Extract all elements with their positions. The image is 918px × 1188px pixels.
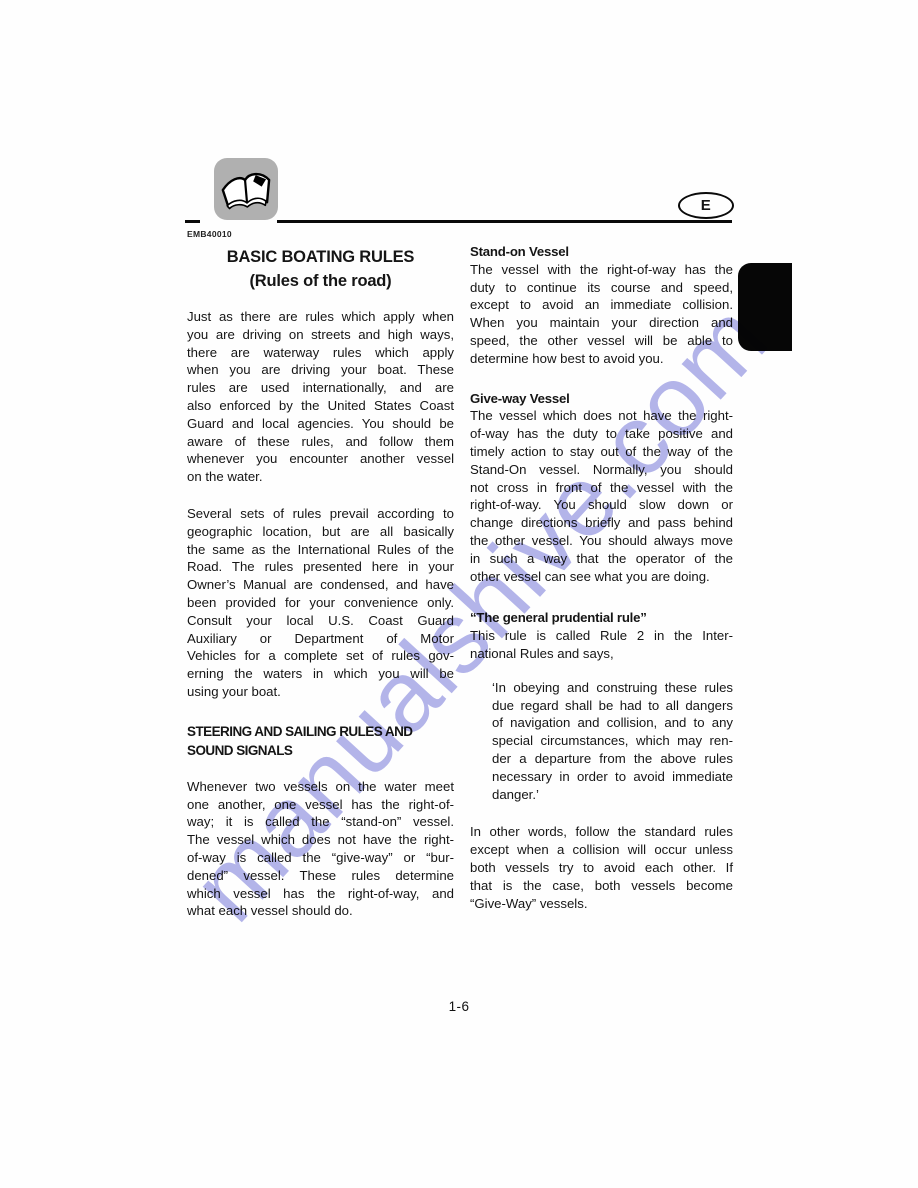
left-column: BASIC BOATING RULES (Rules of the road) … (187, 245, 454, 920)
manual-page: E EMB40010 BASIC BOATING RULES (Rules of… (0, 0, 918, 1188)
language-badge: E (678, 192, 734, 219)
rules-origin-paragraph: Several sets of rules prevail according … (187, 505, 454, 701)
rule-quote-paragraph: ‘In obeying and construing these rulesdu… (492, 679, 733, 804)
give-way-paragraph: The vessel which does not have the right… (470, 407, 733, 585)
language-badge-letter: E (701, 197, 712, 214)
right-of-way-paragraph: Whenever two vessels on the water meeton… (187, 778, 454, 920)
closing-paragraph: In other words, follow the standard rule… (470, 823, 733, 912)
give-way-heading: Give-way Vessel (470, 390, 733, 408)
page-number: 1-6 (0, 999, 918, 1014)
intro-paragraph: Just as there are rules which apply when… (187, 308, 454, 486)
page-subtitle: (Rules of the road) (187, 269, 454, 293)
stand-on-paragraph: The vessel with the right-of-way has the… (470, 261, 733, 368)
right-column: Stand-on Vessel The vessel with the righ… (470, 243, 733, 912)
stand-on-heading: Stand-on Vessel (470, 243, 733, 261)
prudential-rule-heading: “The general prudential rule” (470, 609, 733, 627)
header-rule-left (185, 220, 200, 223)
steering-sailing-heading: STEERING AND SAILING RULES ANDSOUND SIGN… (187, 722, 454, 761)
page-title: BASIC BOATING RULES (187, 245, 454, 269)
header-rule-main (277, 220, 732, 223)
chapter-index-tab (738, 263, 792, 351)
prudential-rule-intro: This rule is called Rule 2 in the Inter-… (470, 627, 733, 663)
open-book-icon (214, 155, 278, 223)
document-code: EMB40010 (187, 229, 232, 239)
